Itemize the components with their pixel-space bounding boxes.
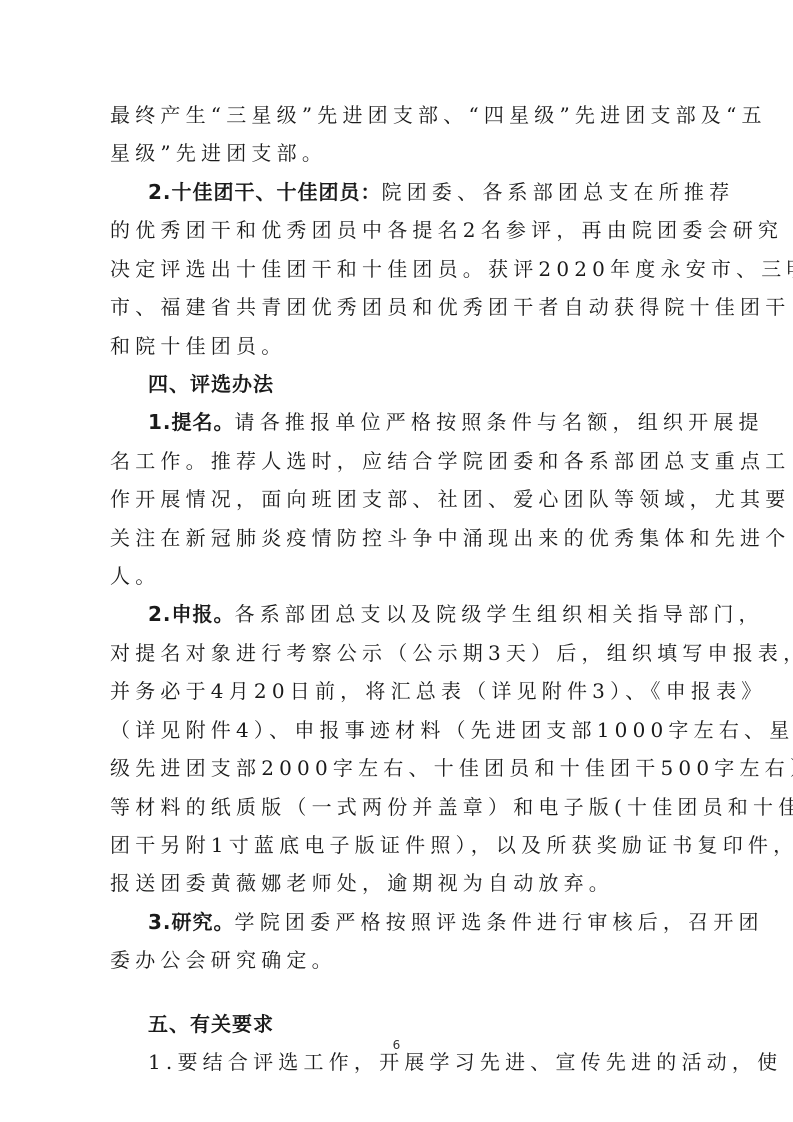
section-heading-text: 五、有关要求 — [148, 1012, 274, 1036]
line-text: 名工作。推荐人选时，应结合学院团委和各系部团总支重点工 — [110, 449, 790, 473]
line-text: 院团委、各系部团总支在所推荐 — [382, 180, 735, 204]
paragraph-line: 作开展情况，面向班团支部、社团、爱心团队等领域，尤其要 — [110, 487, 688, 511]
paragraph-line: 等材料的纸质版（一式两份并盖章）和电子版(十佳团员和十佳 — [110, 795, 688, 819]
paragraph-line: 的优秀团干和优秀团员中各提名2名参评，再由院团委会研究 — [110, 218, 688, 242]
section-heading-text: 四、评选办法 — [148, 372, 274, 396]
item-heading-submission: 2.申报。 — [148, 602, 235, 626]
line-text: 等材料的纸质版（一式两份并盖章）和电子版(十佳团员和十佳 — [110, 795, 793, 819]
paragraph-line: 星级”先进团支部。 — [110, 141, 688, 165]
item-heading-research: 3.研究。 — [148, 910, 235, 934]
paragraph-line: 委办公会研究确定。 — [110, 948, 688, 972]
paragraph-line: 级先进团支部2000字左右、十佳团员和十佳团干500字左右） — [110, 756, 688, 780]
line-text: 各系部团总支以及院级学生组织相关指导部门， — [235, 602, 764, 626]
line-text: 关注在新冠肺炎疫情防控斗争中涌现出来的优秀集体和先进个 — [110, 526, 790, 550]
paragraph-line: 2.申报。各系部团总支以及院级学生组织相关指导部门， — [148, 602, 688, 626]
line-text: （详见附件4）、申报事迹材料（先进团支部1000字左右、星 — [110, 718, 793, 742]
paragraph-line: 最终产生“三星级”先进团支部、“四星级”先进团支部及“五 — [110, 103, 688, 127]
line-text: 对提名对象进行考察公示（公示期3天）后，组织填写申报表， — [110, 641, 793, 665]
line-text: 市、福建省共青团优秀团员和优秀团干者自动获得院十佳团干 — [110, 295, 790, 319]
paragraph-line: 市、福建省共青团优秀团员和优秀团干者自动获得院十佳团干 — [110, 295, 688, 319]
paragraph-line: 对提名对象进行考察公示（公示期3天）后，组织填写申报表， — [110, 641, 688, 665]
item-heading-nomination: 1.提名。 — [148, 410, 235, 434]
line-text: 的优秀团干和优秀团员中各提名2名参评，再由院团委会研究 — [110, 218, 783, 242]
paragraph-line: 团干另附1寸蓝底电子版证件照），以及所获奖励证书复印件， — [110, 833, 688, 857]
paragraph-line: （详见附件4）、申报事迹材料（先进团支部1000字左右、星 — [110, 718, 688, 742]
paragraph-line: 报送团委黄薇娜老师处，逾期视为自动放弃。 — [110, 871, 688, 895]
paragraph-line: 1.提名。请各推报单位严格按照条件与名额，组织开展提 — [148, 410, 688, 434]
section-heading: 四、评选办法 — [148, 372, 688, 396]
line-text: 和院十佳团员。 — [110, 334, 286, 358]
paragraph-line: 关注在新冠肺炎疫情防控斗争中涌现出来的优秀集体和先进个 — [110, 526, 688, 550]
paragraph-line: 名工作。推荐人选时，应结合学院团委和各系部团总支重点工 — [110, 449, 688, 473]
page-number: 6 — [0, 1038, 793, 1052]
line-text: 最终产生“三星级”先进团支部、“四星级”先进团支部及“五 — [110, 103, 767, 127]
paragraph-line: 2.十佳团干、十佳团员：院团委、各系部团总支在所推荐 — [148, 180, 688, 204]
line-text: 人。 — [110, 564, 160, 588]
document-page: 最终产生“三星级”先进团支部、“四星级”先进团支部及“五 星级”先进团支部。 2… — [0, 0, 793, 1122]
paragraph-line: 人。 — [110, 564, 688, 588]
paragraph-line: 1.要结合评选工作，开展学习先进、宣传先进的活动，使 — [148, 1050, 688, 1074]
paragraph-line: 并务必于4月20日前，将汇总表（详见附件3）、《申报表》 — [110, 679, 688, 703]
paragraph-line: 决定评选出十佳团干和十佳团员。获评2020年度永安市、三明 — [110, 257, 688, 281]
paragraph-line: 3.研究。学院团委严格按照评选条件进行审核后，召开团 — [148, 910, 688, 934]
line-text: 星级”先进团支部。 — [110, 141, 327, 165]
paragraph-line: 和院十佳团员。 — [110, 334, 688, 358]
line-text: 报送团委黄薇娜老师处，逾期视为自动放弃。 — [110, 871, 614, 895]
line-text: 作开展情况，面向班团支部、社团、爱心团队等领域，尤其要 — [110, 487, 790, 511]
line-text: 并务必于4月20日前，将汇总表（详见附件3）、《申报表》 — [110, 679, 767, 703]
item-heading-top-ten: 2.十佳团干、十佳团员： — [148, 180, 382, 204]
section-heading: 五、有关要求 — [148, 1012, 688, 1036]
line-text: 委办公会研究确定。 — [110, 948, 337, 972]
line-text: 团干另附1寸蓝底电子版证件照），以及所获奖励证书复印件， — [110, 833, 793, 857]
line-text: 1.要结合评选工作，开展学习先进、宣传先进的活动，使 — [148, 1050, 782, 1074]
line-text: 请各推报单位严格按照条件与名额，组织开展提 — [235, 410, 764, 434]
line-text: 级先进团支部2000字左右、十佳团员和十佳团干500字左右） — [110, 756, 793, 780]
line-text: 决定评选出十佳团干和十佳团员。获评2020年度永安市、三明 — [110, 257, 793, 281]
line-text: 学院团委严格按照评选条件进行审核后，召开团 — [235, 910, 764, 934]
